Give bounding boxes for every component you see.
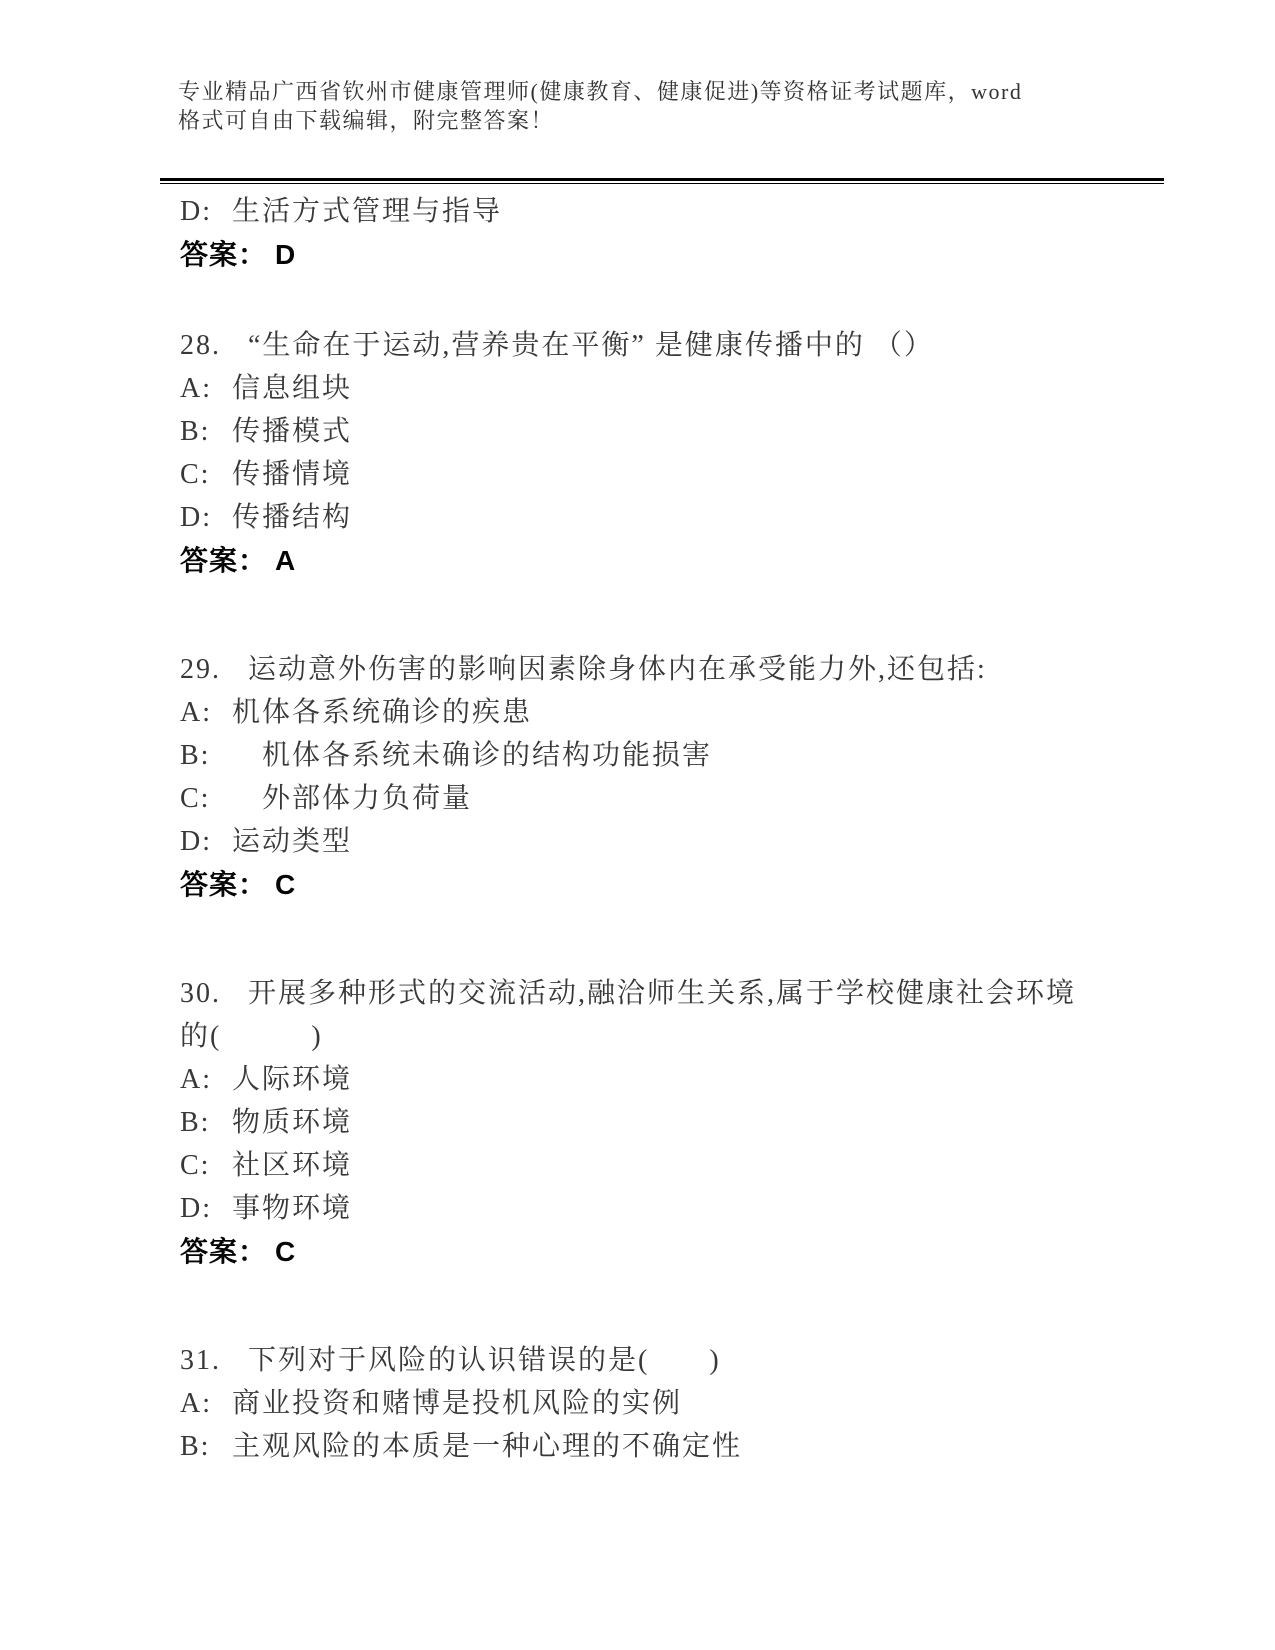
question-number: 30. <box>180 972 248 1015</box>
question-text: “生命在于运动,营养贵在平衡” 是健康传播中的 （） <box>248 330 934 361</box>
answer-row: 答案：C <box>180 1230 1145 1273</box>
option-label: D: <box>180 496 232 539</box>
option-text: 商业投资和赌博是投机风险的实例 <box>232 1388 682 1419</box>
question-row: 30.开展多种形式的交流活动,融洽师生关系,属于学校健康社会环境 <box>180 972 1145 1015</box>
question-number: 31. <box>180 1339 248 1382</box>
option-row: B:传播模式 <box>180 410 1145 453</box>
option-label: D: <box>180 1187 232 1230</box>
answer-value: D <box>275 239 296 270</box>
answer-row: 答案：C <box>180 863 1145 906</box>
option-row: B:主观风险的本质是一种心理的不确定性 <box>180 1425 1145 1468</box>
question-text: 下列对于风险的认识错误的是( ) <box>248 1345 721 1376</box>
option-label: A: <box>180 367 232 410</box>
question-number: 28. <box>180 324 248 367</box>
answer-row: 答案：D <box>180 233 1145 276</box>
question-row: 28.“生命在于运动,营养贵在平衡” 是健康传播中的 （） <box>180 324 1145 367</box>
answer-row: 答案：A <box>180 539 1145 582</box>
option-text: 机体各系统确诊的疾患 <box>232 697 532 728</box>
answer-label: 答案： <box>180 869 267 900</box>
option-label: B: <box>180 734 232 777</box>
document-header: 专业精品广西省钦州市健康管理师(健康教育、健康促进)等资格证考试题库，word … <box>178 77 1113 135</box>
option-row: A:信息组块 <box>180 367 1145 410</box>
option-row: B: 机体各系统未确诊的结构功能损害 <box>180 734 1145 777</box>
answer-value: C <box>275 1236 296 1267</box>
answer-label: 答案： <box>180 545 267 576</box>
option-label: B: <box>180 410 232 453</box>
question-block: 30.开展多种形式的交流活动,融洽师生关系,属于学校健康社会环境 的( ) A:… <box>180 972 1145 1273</box>
option-text: 传播结构 <box>232 502 352 533</box>
option-text: 运动类型 <box>232 826 352 857</box>
option-text: 传播情境 <box>232 459 352 490</box>
option-row: C: 外部体力负荷量 <box>180 777 1145 820</box>
header-rule-divider <box>160 178 1164 184</box>
option-label: A: <box>180 1058 232 1101</box>
answer-value: A <box>275 545 296 576</box>
option-text: 生活方式管理与指导 <box>232 196 502 227</box>
option-row: D:传播结构 <box>180 496 1145 539</box>
option-label: C: <box>180 453 232 496</box>
option-text: 社区环境 <box>232 1150 352 1181</box>
answer-label: 答案： <box>180 239 267 270</box>
option-row: D:运动类型 <box>180 820 1145 863</box>
option-row: C:传播情境 <box>180 453 1145 496</box>
option-label: B: <box>180 1425 232 1468</box>
option-label: A: <box>180 691 232 734</box>
option-row: D:生活方式管理与指导 <box>180 190 1145 233</box>
option-row: A:机体各系统确诊的疾患 <box>180 691 1145 734</box>
option-label: D: <box>180 820 232 863</box>
document-body: D:生活方式管理与指导 答案：D 28.“生命在于运动,营养贵在平衡” 是健康传… <box>180 190 1145 1468</box>
question-row: 29.运动意外伤害的影响因素除身体内在承受能力外,还包括: <box>180 648 1145 691</box>
question-text: 开展多种形式的交流活动,融洽师生关系,属于学校健康社会环境 <box>248 978 1076 1009</box>
option-row: D:事物环境 <box>180 1187 1145 1230</box>
answer-value: C <box>275 869 296 900</box>
option-row: A:商业投资和赌博是投机风险的实例 <box>180 1382 1145 1425</box>
document-page: 专业精品广西省钦州市健康管理师(健康教育、健康促进)等资格证考试题库，word … <box>0 0 1275 1650</box>
question-text-continued: 的( ) <box>180 1015 1145 1058</box>
option-label: C: <box>180 777 232 820</box>
option-row: A:人际环境 <box>180 1058 1145 1101</box>
option-row: C:社区环境 <box>180 1144 1145 1187</box>
option-label: B: <box>180 1101 232 1144</box>
option-text: 事物环境 <box>232 1193 352 1224</box>
header-line-2: 格式可自由下载编辑，附完整答案！ <box>178 106 1113 135</box>
question-block: 29.运动意外伤害的影响因素除身体内在承受能力外,还包括: A:机体各系统确诊的… <box>180 648 1145 906</box>
question-number: 29. <box>180 648 248 691</box>
question-block: 31.下列对于风险的认识错误的是( ) A:商业投资和赌博是投机风险的实例 B:… <box>180 1339 1145 1468</box>
option-text: 物质环境 <box>232 1107 352 1138</box>
option-label: D: <box>180 190 232 233</box>
option-text: 外部体力负荷量 <box>232 783 472 814</box>
option-label: C: <box>180 1144 232 1187</box>
option-text: 主观风险的本质是一种心理的不确定性 <box>232 1431 742 1462</box>
header-line-1: 专业精品广西省钦州市健康管理师(健康教育、健康促进)等资格证考试题库，word <box>178 77 1113 106</box>
question-text: 运动意外伤害的影响因素除身体内在承受能力外,还包括: <box>248 654 987 685</box>
option-text: 传播模式 <box>232 416 352 447</box>
question-row: 31.下列对于风险的认识错误的是( ) <box>180 1339 1145 1382</box>
option-text: 信息组块 <box>232 373 352 404</box>
option-label: A: <box>180 1382 232 1425</box>
option-text: 机体各系统未确诊的结构功能损害 <box>232 740 712 771</box>
option-text: 人际环境 <box>232 1064 352 1095</box>
answer-label: 答案： <box>180 1236 267 1267</box>
question-block: 28.“生命在于运动,营养贵在平衡” 是健康传播中的 （） A:信息组块 B:传… <box>180 324 1145 582</box>
option-row: B:物质环境 <box>180 1101 1145 1144</box>
